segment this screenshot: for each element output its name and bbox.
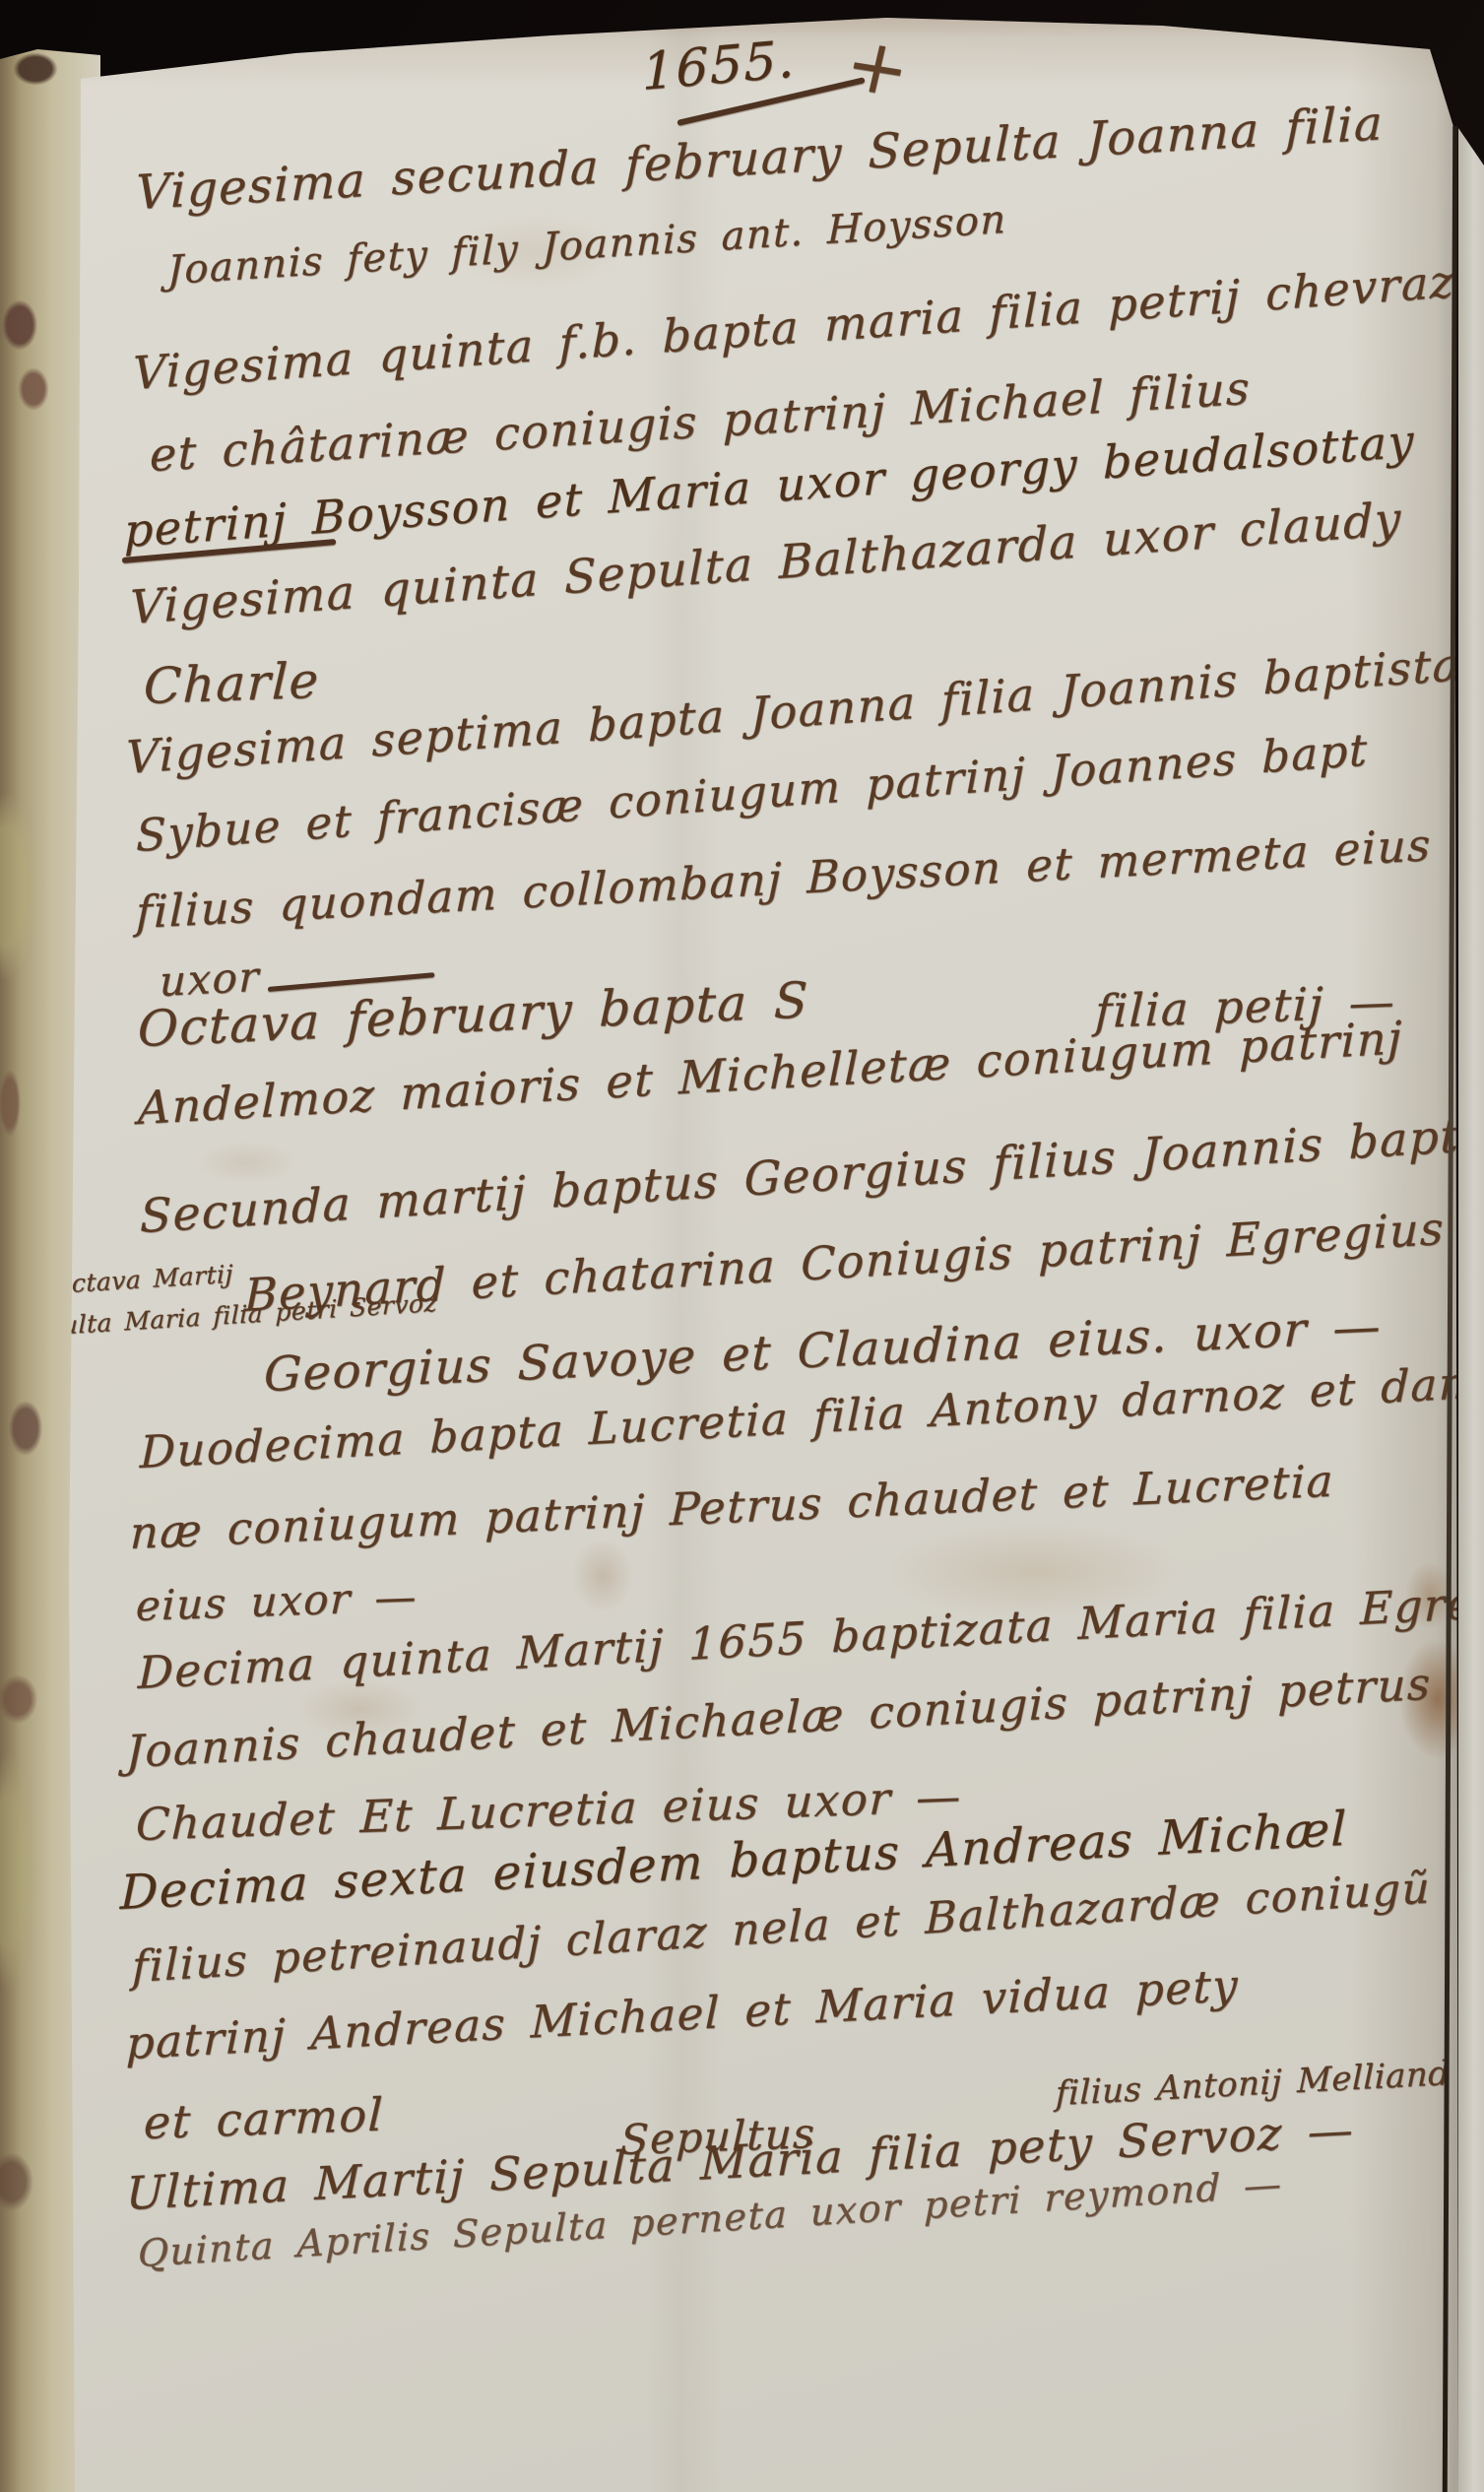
- interlinear-note: filius Antonij Melliand: [1056, 2054, 1451, 2114]
- margin-note-line: Octava Martij: [51, 1260, 233, 1299]
- manuscript-line: et carmol: [143, 2087, 385, 2149]
- cross-mark: +: [837, 19, 920, 114]
- photo-background: 1655. + Vigesima secunda february Sepult…: [0, 0, 1484, 2492]
- manuscript-line: Vigesima secunda february Sepulta Joanna…: [136, 96, 1385, 221]
- manuscript-line: Charle: [143, 652, 321, 715]
- year-heading: 1655.: [641, 30, 796, 102]
- next-page-edge: [1458, 0, 1484, 2492]
- manuscript-page: 1655. + Vigesima secunda february Sepult…: [0, 0, 1484, 2492]
- manuscript-line: næ coniugum patrinj Petrus chaudet et Lu…: [129, 1455, 1334, 1560]
- manuscript-line: eius uxor —: [135, 1572, 419, 1630]
